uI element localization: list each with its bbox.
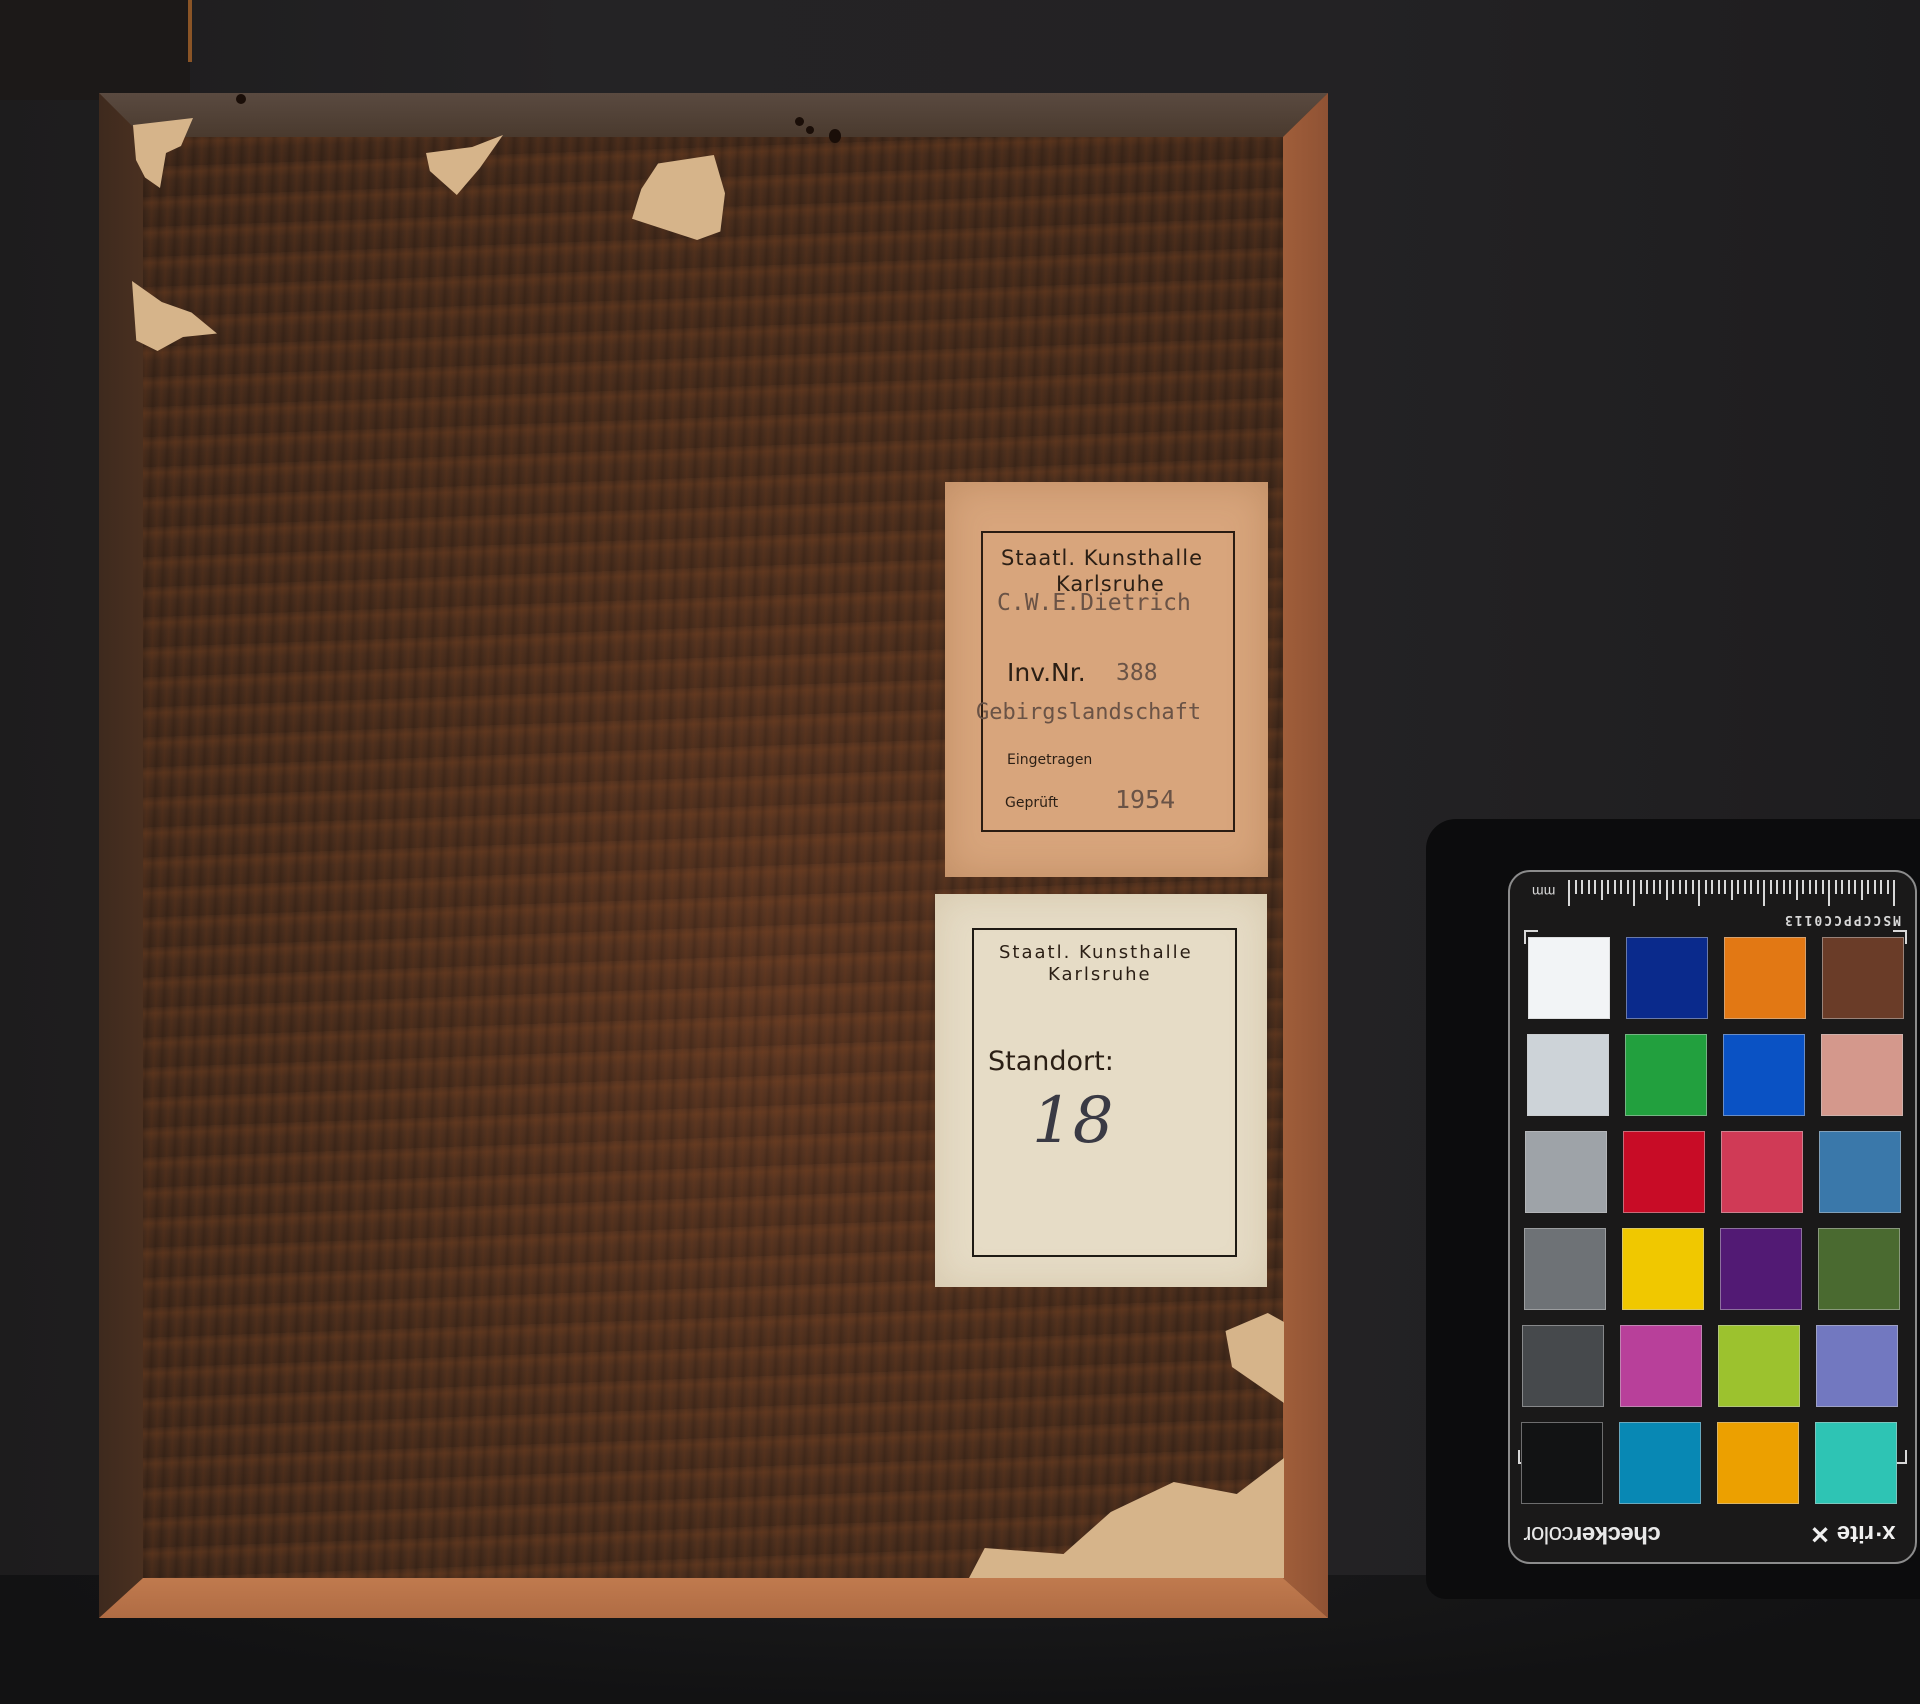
color-patch xyxy=(1620,1325,1702,1407)
institution-city: Karlsruhe xyxy=(1048,964,1152,985)
color-patch xyxy=(1818,1228,1900,1310)
inventory-label: Staatl. Kunsthalle Karlsruhe C.W.E.Dietr… xyxy=(945,482,1268,877)
color-patch xyxy=(1524,1228,1606,1310)
color-patch xyxy=(1625,1034,1707,1116)
color-patch xyxy=(1724,937,1806,1019)
maker-name: x·rite xyxy=(1836,1520,1895,1547)
color-patch xyxy=(1525,1131,1607,1213)
location-field-label: Standort: xyxy=(988,1046,1114,1077)
wordmark-bold: checker xyxy=(1574,1521,1661,1548)
color-patch xyxy=(1717,1422,1799,1504)
wordmark-light: color xyxy=(1524,1521,1574,1548)
panel-bevel-right xyxy=(1283,93,1328,1618)
color-patch xyxy=(1822,937,1904,1019)
worm-hole xyxy=(795,117,804,126)
color-patch-grid xyxy=(1510,872,1915,1562)
inventory-number: 388 xyxy=(1116,660,1158,686)
location-value-handwritten: 18 xyxy=(1032,1084,1113,1158)
color-patch xyxy=(1522,1325,1604,1407)
color-patch xyxy=(1527,1034,1609,1116)
institution-name: Staatl. Kunsthalle xyxy=(999,942,1193,963)
color-patch xyxy=(1819,1131,1901,1213)
checked-label: Geprüft xyxy=(1005,795,1058,811)
product-wordmark: checkercolor xyxy=(1524,1520,1661,1548)
color-patch xyxy=(1821,1034,1903,1116)
color-patch xyxy=(1816,1325,1898,1407)
inventory-number-label: Inv.Nr. xyxy=(1007,658,1086,687)
location-label: Staatl. Kunsthalle Karlsruhe Standort: 1… xyxy=(935,894,1267,1287)
color-patch xyxy=(1623,1131,1705,1213)
color-patch xyxy=(1521,1422,1603,1504)
worm-hole xyxy=(806,126,814,134)
color-patch xyxy=(1528,937,1610,1019)
checked-year: 1954 xyxy=(1115,785,1175,814)
panel-bevel-bottom xyxy=(99,1578,1328,1618)
artist-name: C.W.E.Dietrich xyxy=(997,590,1191,616)
worm-hole xyxy=(236,94,246,104)
color-patch xyxy=(1619,1422,1701,1504)
panel-bevel-top xyxy=(99,93,1328,137)
color-chart: mm MSCCPPCC0113 checkercolor x·rite ✕ xyxy=(1508,870,1917,1564)
color-patch xyxy=(1723,1034,1805,1116)
color-patch xyxy=(1721,1131,1803,1213)
color-patch xyxy=(1622,1228,1704,1310)
maker-logo: x·rite ✕ xyxy=(1810,1519,1895,1548)
entered-label: Eingetragen xyxy=(1007,752,1092,768)
backdrop-board xyxy=(0,0,190,100)
color-patch xyxy=(1626,937,1708,1019)
color-patch xyxy=(1815,1422,1897,1504)
backdrop-board-edge xyxy=(188,0,192,62)
artwork-title: Gebirgslandschaft xyxy=(976,700,1201,725)
institution-name: Staatl. Kunsthalle xyxy=(1001,546,1203,570)
color-patch xyxy=(1718,1325,1800,1407)
xrite-logo-icon: ✕ xyxy=(1810,1520,1830,1547)
color-patch xyxy=(1720,1228,1802,1310)
worm-hole xyxy=(829,129,841,143)
